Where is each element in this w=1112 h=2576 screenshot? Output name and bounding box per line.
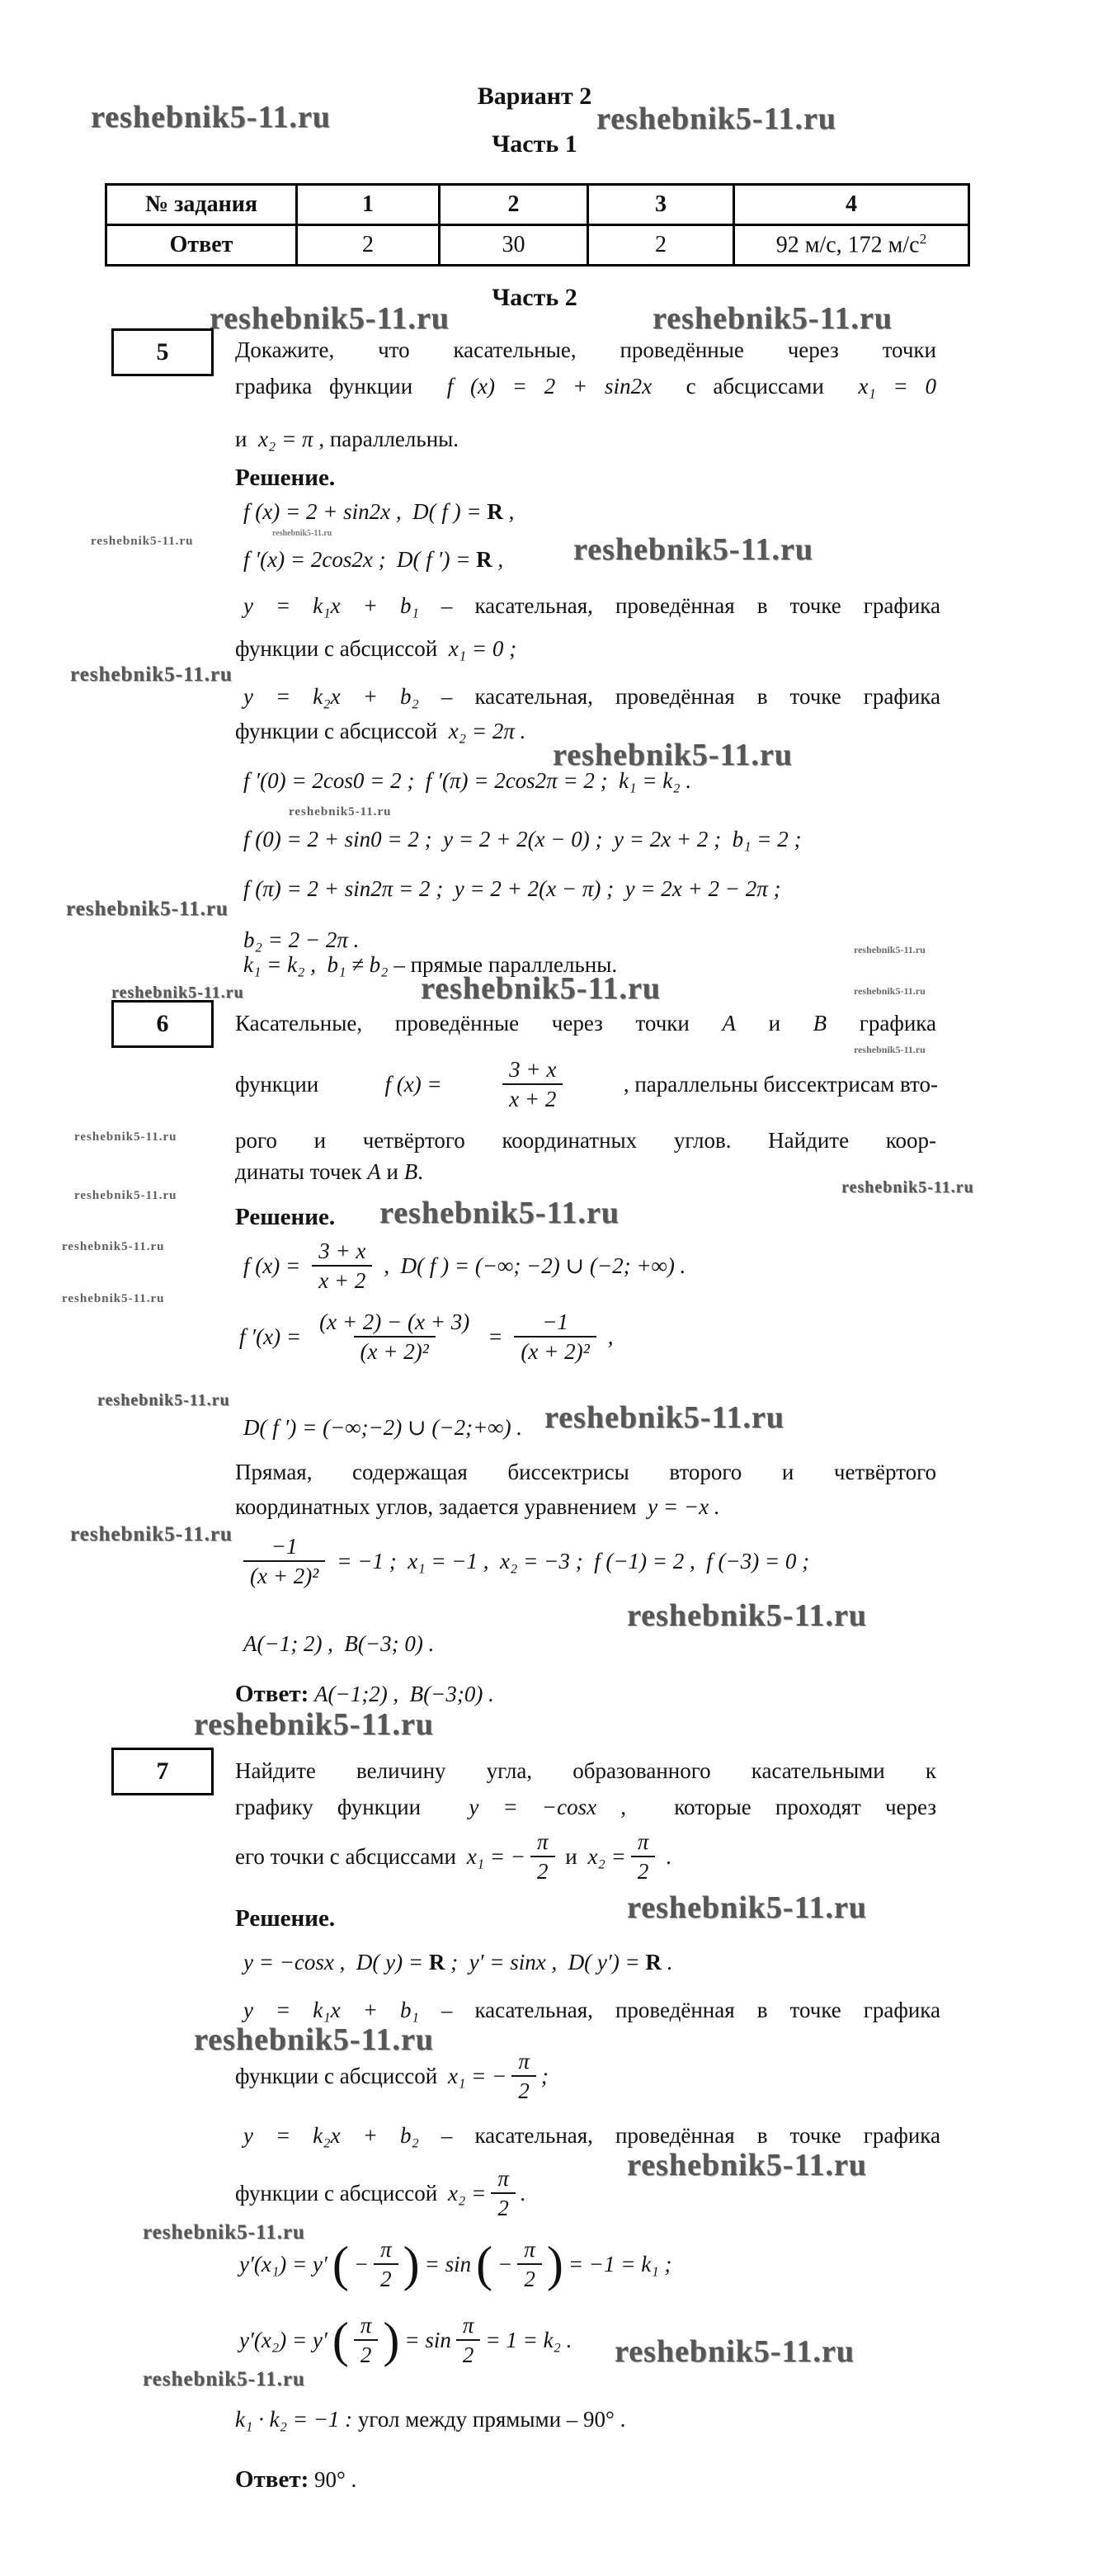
text: координатных углов, задается уравнением xyxy=(235,1494,648,1519)
p6-sol-line3: D( f ′) = (−∞;−2) ∪ (−2;+∞) . xyxy=(243,1413,522,1442)
text: – касательная, проведённая в точке графи… xyxy=(419,1998,940,2022)
task-number-cell: 2 xyxy=(440,185,588,225)
scanned-solution-page: reshebnik5-11.ru Вариант 2 reshebnik5-11… xyxy=(0,0,1112,2576)
set-R-symbol: R xyxy=(476,547,492,572)
watermark: reshebnik5-11.ru xyxy=(289,805,392,819)
fraction: (x + 2) − (x + 3)(x + 2)² xyxy=(313,1309,476,1366)
formula: = sin xyxy=(425,2252,471,2277)
formula: x₂ = π xyxy=(258,427,313,451)
formula: , xyxy=(492,547,504,572)
part1-title: Часть 1 xyxy=(0,130,1069,158)
p5-sol-line1: f (x) = 2 + sin2x , D( f ) = R , xyxy=(243,497,514,526)
numerator: 3 + x xyxy=(312,1238,372,1265)
watermark: reshebnik5-11.ru xyxy=(272,529,332,538)
watermark: reshebnik5-11.ru xyxy=(66,898,229,921)
right-paren: ) xyxy=(383,2320,399,2360)
p6-sol-line1: f (x) =3 + xx + 2, D( f ) = (−∞; −2) ∪ (… xyxy=(243,1238,686,1295)
p6-solution-label: Решение. xyxy=(235,1201,335,1234)
formula: x₁ = − xyxy=(467,1844,525,1870)
formula: f ′(x) = xyxy=(239,1324,301,1350)
task-number-cell: 4 xyxy=(734,185,969,225)
watermark: reshebnik5-11.ru xyxy=(841,1178,974,1197)
text: графику функции xyxy=(235,1795,469,1819)
p5-sol-line6: функции с абсциссой x₂ = 2π . xyxy=(235,716,525,746)
formula: f (x) = xyxy=(384,1072,441,1097)
denominator: (x + 2)² xyxy=(354,1336,436,1365)
p5-sol-line2: f ′(x) = 2cos2x ; D( f ′) = R , xyxy=(243,545,503,574)
text: угол между прямыми – 90° . xyxy=(352,2407,625,2432)
numerator: π xyxy=(354,2312,379,2339)
point-A: A xyxy=(722,1011,736,1036)
answer-cell: 30 xyxy=(440,225,588,266)
denominator: 2 xyxy=(517,2263,542,2292)
formula: ; y′ = sinx , D( y′) = xyxy=(445,1950,645,1974)
numerator: (x + 2) − (x + 3) xyxy=(313,1309,476,1336)
left-paren: ( xyxy=(476,2244,492,2284)
text: графика функции xyxy=(235,374,447,399)
answer-value: A(−1;2) , B(−3;0) . xyxy=(309,1682,494,1706)
text: . xyxy=(660,1844,671,1870)
text: его точки с абсциссами xyxy=(235,1844,462,1870)
p5-statement-line2: графика функции f (x) = 2 + sin2x с абсц… xyxy=(235,371,936,401)
point-A: A xyxy=(367,1159,381,1184)
table-answer-row: Ответ 2 30 2 92 м/с, 172 м/с2 xyxy=(106,225,969,266)
p7-sol-line4: y = k₂x + b₂ – касательная, проведённая … xyxy=(243,2121,940,2150)
p7-answer-line: Ответ: 90° . xyxy=(235,2464,356,2496)
numerator: π xyxy=(517,2236,542,2263)
formula: , D( f ) = (−∞; −2) ∪ (−2; +∞) . xyxy=(384,1253,686,1279)
formula: f (x) = xyxy=(243,1253,300,1279)
right-paren: ) xyxy=(547,2244,563,2284)
right-paren: ) xyxy=(403,2244,420,2284)
formula: y = k₂x + b₂ xyxy=(243,684,419,709)
text: и xyxy=(235,427,258,451)
left-paren: ( xyxy=(332,2320,349,2360)
text: . xyxy=(417,1159,423,1184)
watermark: reshebnik5-11.ru xyxy=(627,1597,867,1634)
answer-label: Ответ: xyxy=(235,1681,309,1707)
fraction: −1(x + 2)² xyxy=(243,1533,325,1590)
p6-sol-line7: A(−1; 2) , B(−3; 0) . xyxy=(243,1629,434,1658)
p7-sol-line7: y′(x₂) = y′(π2)= sinπ2= 1 = k₂ . xyxy=(239,2312,572,2369)
formula: x₁ = 0 ; xyxy=(449,636,516,661)
variant-title: Вариант 2 xyxy=(0,83,1069,111)
watermark: reshebnik5-11.ru xyxy=(91,535,194,549)
p7-sol-line5: функции с абсциссой x₂ =π2. xyxy=(235,2165,526,2222)
numerator: π xyxy=(631,1828,656,1856)
formula: = −1 ; x₁ = −1 , x₂ = −3 ; f (−1) = 2 , … xyxy=(337,1549,809,1574)
part2-title: Часть 2 xyxy=(0,284,1069,312)
p7-sol-line8: k₁ · k₂ = −1 : угол между прямыми – 90° … xyxy=(235,2404,625,2434)
answer-cell: 2 xyxy=(297,225,440,266)
problem-7-number-box: 7 xyxy=(111,1748,214,1795)
p6-statement-line4: динаты точек A и B. xyxy=(235,1157,423,1187)
watermark: reshebnik5-11.ru xyxy=(62,1292,165,1306)
answer-value: 90° . xyxy=(309,2467,356,2492)
numerator: −1 xyxy=(265,1533,304,1560)
table-header-row: № задания 1 2 3 4 xyxy=(106,185,969,225)
formula: x₂ = xyxy=(587,1844,625,1870)
numerator: π xyxy=(456,2312,481,2339)
text: функции xyxy=(235,1072,324,1097)
watermark: reshebnik5-11.ru xyxy=(421,970,661,1007)
formula: f (x) = 2 + sin2x , D( f ) = xyxy=(243,499,487,524)
formula: y = −x . xyxy=(648,1494,719,1519)
denominator: 2 xyxy=(511,2075,536,2104)
p5-statement-line1: Докажите, что касательные, проведённые ч… xyxy=(235,335,936,365)
watermark: reshebnik5-11.ru xyxy=(854,944,926,956)
fraction: π2 xyxy=(456,2312,481,2369)
p5-sol-line3: y = k₁x + b₁ – касательная, проведённая … xyxy=(243,591,940,620)
watermark: reshebnik5-11.ru xyxy=(627,1890,867,1926)
p5-sol-line4: функции с абсциссой x₁ = 0 ; xyxy=(235,634,516,663)
p6-sol-line6: −1(x + 2)²= −1 ; x₁ = −1 , x₂ = −3 ; f (… xyxy=(243,1533,809,1590)
text: – касательная, проведённая в точке графи… xyxy=(419,593,940,618)
text: , параллельны. xyxy=(313,427,459,451)
p7-sol-line2: y = k₁x + b₁ – касательная, проведённая … xyxy=(243,1995,940,2025)
formula: ; xyxy=(541,2064,549,2089)
watermark: reshebnik5-11.ru xyxy=(97,1391,230,1410)
point-B: B xyxy=(813,1011,827,1036)
answer-cell-4: 92 м/с, 172 м/с2 xyxy=(734,225,969,266)
formula: y′(x₂) = y′ xyxy=(239,2328,327,2353)
answer-cell: 2 xyxy=(588,225,734,266)
watermark: reshebnik5-11.ru xyxy=(544,1399,785,1436)
text: – касательная, проведённая в точке графи… xyxy=(419,684,940,709)
text: с абсциссами xyxy=(652,374,858,399)
numerator: π xyxy=(530,1828,555,1856)
minus-sign: − xyxy=(354,2252,369,2277)
set-R-symbol: R xyxy=(487,499,503,524)
watermark: reshebnik5-11.ru xyxy=(210,300,450,337)
p7-sol-line3: функции с абсциссой x₁ = −π2; xyxy=(235,2048,549,2105)
numerator: 3 + x xyxy=(502,1056,563,1083)
formula: k₁ = k₂ , b₁ ≠ b₂ xyxy=(243,952,389,977)
text: графика xyxy=(827,1011,936,1036)
fraction: π2 xyxy=(374,2236,398,2293)
task-label-cell: № задания xyxy=(106,185,297,225)
text: Касательные, проведённые через точки xyxy=(235,1011,722,1036)
watermark: reshebnik5-11.ru xyxy=(854,1044,926,1056)
watermark: reshebnik5-11.ru xyxy=(615,2333,855,2370)
problem-5-number-box: 5 xyxy=(111,328,214,376)
p5-sol-line7: f ′(0) = 2cos0 = 2 ; f ′(π) = 2cos2π = 2… xyxy=(243,766,691,795)
p7-sol-line6: y′(x₁) = y′(−π2)= sin(−π2)= −1 = k₁ ; xyxy=(239,2236,671,2293)
text: и xyxy=(560,1844,583,1870)
fraction: π2 xyxy=(491,2165,516,2222)
numerator: π xyxy=(491,2165,516,2192)
formula: x₂ = 2π . xyxy=(449,719,526,743)
numerator: −1 xyxy=(535,1309,575,1336)
task-number-cell: 1 xyxy=(297,185,440,225)
watermark: reshebnik5-11.ru xyxy=(379,1195,620,1231)
formula: y′(x₁) = y′ xyxy=(239,2252,327,2277)
denominator: 2 xyxy=(631,1856,656,1885)
denominator: 2 xyxy=(530,1856,555,1885)
formula: . xyxy=(521,2181,526,2206)
formula: , xyxy=(608,1324,614,1350)
set-R-symbol: R xyxy=(646,1950,662,1974)
fraction: 3 + xx + 2 xyxy=(312,1238,372,1295)
watermark: reshebnik5-11.ru xyxy=(70,663,233,686)
watermark: reshebnik5-11.ru xyxy=(194,1706,434,1743)
p7-statement-line3: его точки с абсциссами x₁ = −π2 и x₂ =π2… xyxy=(235,1828,671,1885)
p6-sol-line5: координатных углов, задается уравнением … xyxy=(235,1492,720,1522)
p6-statement-line3: рого и четвёртого координатных углов. На… xyxy=(235,1125,936,1155)
formula: , xyxy=(503,499,515,524)
fraction: −1(x + 2)² xyxy=(514,1309,596,1366)
point-B: B xyxy=(404,1159,418,1184)
p5-statement-line3: и x₂ = π , параллельны. xyxy=(235,424,459,454)
fraction: π2 xyxy=(530,1828,555,1885)
task-number-cell: 3 xyxy=(588,185,734,225)
p6-statement-line2: функции f (x) =3 + xx + 2, параллельны б… xyxy=(235,1056,938,1113)
text: функции с абсциссой xyxy=(235,2181,443,2206)
p7-statement-line1: Найдите величину угла, образованного кас… xyxy=(235,1756,936,1786)
formula: y = k₁x + b₁ xyxy=(243,593,419,618)
minus-sign: − xyxy=(497,2252,512,2277)
formula: y = k₂x + b₂ xyxy=(243,2123,419,2148)
formula: x₁ = − xyxy=(448,2064,507,2089)
set-R-symbol: R xyxy=(429,1950,445,1974)
formula: y = −cosx , D( y) = xyxy=(243,1950,429,1974)
text: которые проходят через xyxy=(626,1795,936,1819)
text: динаты точек xyxy=(235,1159,367,1184)
watermark: reshebnik5-11.ru xyxy=(74,1189,177,1203)
p7-solution-label: Решение. xyxy=(235,1903,335,1935)
watermark: reshebnik5-11.ru xyxy=(653,300,893,337)
formula: k₁ · k₂ = −1 : xyxy=(235,2407,352,2432)
formula: f (x) = 2 + sin2x xyxy=(447,374,652,399)
fraction: 3 + xx + 2 xyxy=(502,1056,563,1113)
numerator: π xyxy=(511,2048,536,2075)
watermark: reshebnik5-11.ru xyxy=(62,1240,165,1254)
fraction: π2 xyxy=(517,2236,542,2293)
left-paren: ( xyxy=(332,2244,349,2284)
watermark: reshebnik5-11.ru xyxy=(854,985,926,998)
denominator: x + 2 xyxy=(502,1083,563,1112)
answer-4-superscript: 2 xyxy=(920,231,927,247)
formula: . xyxy=(662,1950,673,1974)
text: – касательная, проведённая в точке графи… xyxy=(419,2123,940,2148)
text: и xyxy=(381,1159,404,1184)
fraction: π2 xyxy=(631,1828,656,1885)
p6-statement-line1: Касательные, проведённые через точки A и… xyxy=(235,1008,936,1038)
problem-6-number-box: 6 xyxy=(111,1000,214,1048)
fraction: π2 xyxy=(354,2312,379,2369)
answer-label-cell: Ответ xyxy=(106,225,297,266)
text: функции с абсциссой xyxy=(235,719,449,743)
denominator: 2 xyxy=(374,2263,398,2292)
p7-sol-line1: y = −cosx , D( y) = R ; y′ = sinx , D( y… xyxy=(243,1947,673,1977)
watermark: reshebnik5-11.ru xyxy=(627,2147,867,2183)
text: функции с абсциссой xyxy=(235,636,449,661)
watermark: reshebnik5-11.ru xyxy=(70,1523,233,1546)
answers-table: № задания 1 2 3 4 Ответ 2 30 2 92 м/с, 1… xyxy=(105,183,970,267)
denominator: 2 xyxy=(456,2339,481,2368)
formula: y = k₁x + b₁ xyxy=(243,1998,419,2022)
p5-solution-label: Решение. xyxy=(235,462,335,494)
formula: y = −cosx , xyxy=(469,1795,626,1819)
numerator: π xyxy=(374,2236,398,2263)
watermark: reshebnik5-11.ru xyxy=(143,2368,305,2391)
denominator: 2 xyxy=(354,2339,379,2368)
equals: = xyxy=(488,1324,502,1350)
formula: = 1 = k₂ . xyxy=(485,2328,572,2353)
formula: = −1 = k₁ ; xyxy=(568,2252,672,2277)
p5-sol-line9: f (π) = 2 + sin2π = 2 ; y = 2 + 2(x − π)… xyxy=(243,874,780,903)
p6-sol-line4: Прямая, содержащая биссектрисы второго и… xyxy=(235,1457,936,1487)
denominator: 2 xyxy=(491,2192,516,2221)
p6-sol-line2: f ′(x) =(x + 2) − (x + 3)(x + 2)²=−1(x +… xyxy=(239,1309,613,1366)
watermark: reshebnik5-11.ru xyxy=(74,1130,177,1144)
formula: = sin xyxy=(404,2328,450,2353)
denominator: (x + 2)² xyxy=(514,1336,596,1365)
p5-sol-line5: y = k₂x + b₂ – касательная, проведённая … xyxy=(243,682,940,711)
p5-sol-line8: f (0) = 2 + sin0 = 2 ; y = 2 + 2(x − 0) … xyxy=(243,824,802,854)
formula: f ′(x) = 2cos2x ; D( f ′) = xyxy=(243,547,476,572)
text: и xyxy=(736,1011,813,1036)
answer-4-text: 92 м/с, 172 м/с xyxy=(776,233,920,258)
answer-label: Ответ: xyxy=(235,2466,309,2493)
text: , параллельны биссектрисам вто- xyxy=(624,1072,938,1097)
p7-statement-line2: графику функции y = −cosx , которые прох… xyxy=(235,1792,936,1822)
denominator: (x + 2)² xyxy=(243,1560,325,1589)
fraction: π2 xyxy=(511,2048,536,2105)
formula: x₂ = xyxy=(448,2181,486,2206)
formula: x₁ = 0 xyxy=(858,374,936,399)
denominator: x + 2 xyxy=(312,1265,372,1294)
watermark: reshebnik5-11.ru xyxy=(573,531,813,568)
text: функции с абсциссой xyxy=(235,2064,443,2089)
